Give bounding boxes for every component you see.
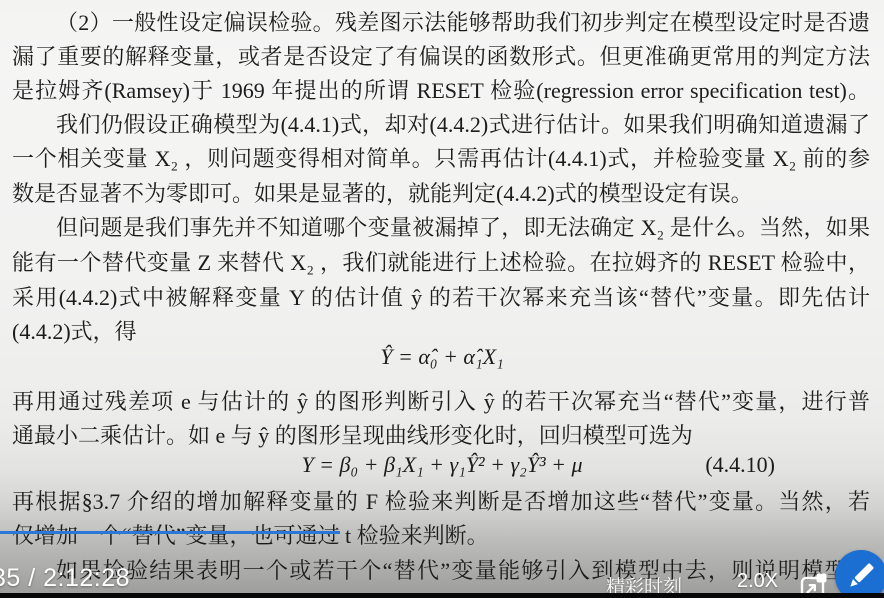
document-line: 能有一个替代变量 Z 来替代 X₂ ，我们就能进行上述检验。在拉姆齐的 RESE… <box>12 249 870 276</box>
document-line: 再根据§3.7 介绍的增加解释变量的 F 检验来判断是否增加这些“替代”变量。当… <box>12 488 870 515</box>
document-line: （2）一般性设定偏误检验。残差图示法能够帮助我们初步判定在模型设定时是否遗 <box>12 9 870 36</box>
document-line: 采用(4.4.2)式中被解释变量 Y 的估计值 ŷ 的若干次幂来充当该“替代”变… <box>12 284 870 311</box>
document-line: 一个相关变量 X₂ ，则问题变得相对简单。只需再估计(4.4.1)式，并检验变量… <box>12 145 870 172</box>
document-page: （2）一般性设定偏误检验。残差图示法能够帮助我们初步判定在模型设定时是否遗 漏了… <box>0 0 884 598</box>
time-display: 35 / 2:12:28 <box>0 564 130 593</box>
document-line: 是拉姆齐(Ramsey)于 1969 年提出的所谓 RESET 检验(regre… <box>12 77 870 104</box>
video-player-frame: （2）一般性设定偏误检验。残差图示法能够帮助我们初步判定在模型设定时是否遗 漏了… <box>0 0 884 598</box>
document-line: 漏了重要的解释变量，或者是否设定了有偏误的函数形式。但更准确更常用的判定方法 <box>12 43 870 70</box>
document-line: 但问题是我们事先并不知道哪个变量被漏掉了，即无法确定 X₂ 是什么。当然，如果 <box>12 214 870 241</box>
document-line: 再用通过残差项 e 与估计的 ŷ 的图形判断引入 ŷ 的若干次幂充当“替代”变量… <box>12 388 870 415</box>
letterbox-bar <box>0 593 884 598</box>
notes-button[interactable] <box>835 550 884 598</box>
formula-yhat-estimate: Ŷ = α̂₀ + α̂₁X₁ <box>0 344 884 370</box>
pencil-icon <box>835 550 884 598</box>
playback-speed-button[interactable]: 2.0X <box>737 570 778 593</box>
formula-reset-body: Y = β₀ + β₁X₁ + γ₁Ŷ² + γ₂Ŷ³ + μ <box>301 452 582 477</box>
equation-number: (4.4.10) <box>705 452 775 478</box>
formula-reset-regression: Y = β₀ + β₁X₁ + γ₁Ŷ² + γ₂Ŷ³ + μ (4.4.10) <box>0 452 884 478</box>
document-line: 数是否显著不为零即可。如果是显著的，就能判定(4.4.2)式的模型设定有误。 <box>12 180 870 207</box>
video-progress-bar[interactable] <box>0 531 884 534</box>
document-line: 仅增加一个“替代”变量，也可通过 t 检验来判断。 <box>12 522 870 549</box>
document-line: (4.4.2)式，得 <box>12 318 870 345</box>
document-line: 通最小二乘估计。如 e 与 ŷ 的图形呈现曲线形变化时，回归模型可选为 <box>12 422 870 449</box>
document-line: 我们仍假设正确模型为(4.4.1)式，却对(4.4.2)式进行估计。如果我们明确… <box>12 111 870 138</box>
video-progress-fill <box>0 531 340 534</box>
